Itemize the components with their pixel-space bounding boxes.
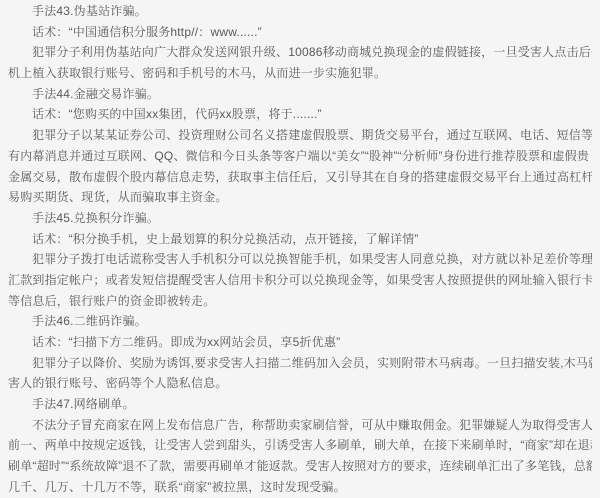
- text-line-method46-desc-2: 害人的银行账号、密码等个人隐私信息。: [8, 373, 592, 394]
- text-line-method45-heading: 手法45.兑换积分诈骗。: [8, 208, 592, 229]
- text-line-method45-script: 话术：“积分换手机，史上最划算的积分兑换活动，点开链接，了解详情”: [8, 229, 592, 250]
- text-line-method45-desc-3: 等信息后，银行账户的资金即被转走。: [8, 291, 592, 312]
- text-line-method43-desc-1: 犯罪分子利用伪基站向广大群众发送网银升级、10086移动商城兑换现金的虚假链接，…: [8, 42, 592, 63]
- text-line-method47-desc-2: 前一、两单中按规定返钱，让受害人尝到甜头，引诱受害人多刷单，刷大单，在接下来刷单…: [8, 435, 592, 456]
- text-line-method47-desc-3: 刷单“超时”“系统故障”退不了款，需要再刷单才能返款。受害人按照对方的要求，连续…: [8, 456, 592, 477]
- text-line-method44-desc-3: 金属交易，散布虚假个股内幕信息走势，获取事主信任后，又引导其在自身的搭建虚假交易…: [8, 167, 592, 188]
- text-line-method44-desc-2: 有内幕消息并通过互联网、QQ、微信和今日头条等客户端以“美女”“股神”“分析师”…: [8, 146, 592, 167]
- text-line-method45-desc-1: 犯罪分子拨打电话谎称受害人手机积分可以兑换智能手机，如果受害人同意兑换，对方就以…: [8, 249, 592, 270]
- text-line-method44-desc-4: 易购买期货、现货，从而骗取事主资金。: [8, 187, 592, 208]
- text-line-method46-script: 话术：“扫描下方二维码。即成为xx网站会员，享5折优惠”: [8, 332, 592, 353]
- document-page: 手法43.伪基站诈骗。 话术：“中国通信积分服务http//：www......…: [0, 0, 600, 498]
- text-line-method44-script: 话术：“您购买的中国xx集团，代码xx股票，将于.......”: [8, 104, 592, 125]
- text-line-method44-heading: 手法44.金融交易诈骗。: [8, 84, 592, 105]
- text-line-method44-desc-1: 犯罪分子以某某证券公司、投资理财公司名义搭建虚假股票、期货交易平台，通过互联网、…: [8, 125, 592, 146]
- text-line-method43-heading: 手法43.伪基站诈骗。: [8, 1, 592, 22]
- text-line-method43-desc-2: 机上植入获取银行账号、密码和手机号的木马，从而进一步实施犯罪。: [8, 63, 592, 84]
- text-line-method47-desc-4: 几千、几万、十几万不等，联系“商家”被拉黑，这时发现受骗。: [8, 477, 592, 498]
- text-line-method45-desc-2: 汇款到指定帐户；或者发短信提醒受害人信用卡积分可以兑换现金等，如果受害人按照提供…: [8, 270, 592, 291]
- text-line-method43-script: 话术：“中国通信积分服务http//：www......”: [8, 22, 592, 43]
- text-line-method46-heading: 手法46.二维码诈骗。: [8, 311, 592, 332]
- text-line-method46-desc-1: 犯罪分子以降价、奖励为诱饵,要求受害人扫描二维码加入会员，实则附带木马病毒。一旦…: [8, 353, 592, 374]
- text-line-method47-desc-1: 不法分子冒充商家在网上发布信息广告，称帮助卖家刷信誉，可从中赚取佣金。犯罪嫌疑人…: [8, 415, 592, 436]
- text-line-method47-heading: 手法47.网络刷单。: [8, 394, 592, 415]
